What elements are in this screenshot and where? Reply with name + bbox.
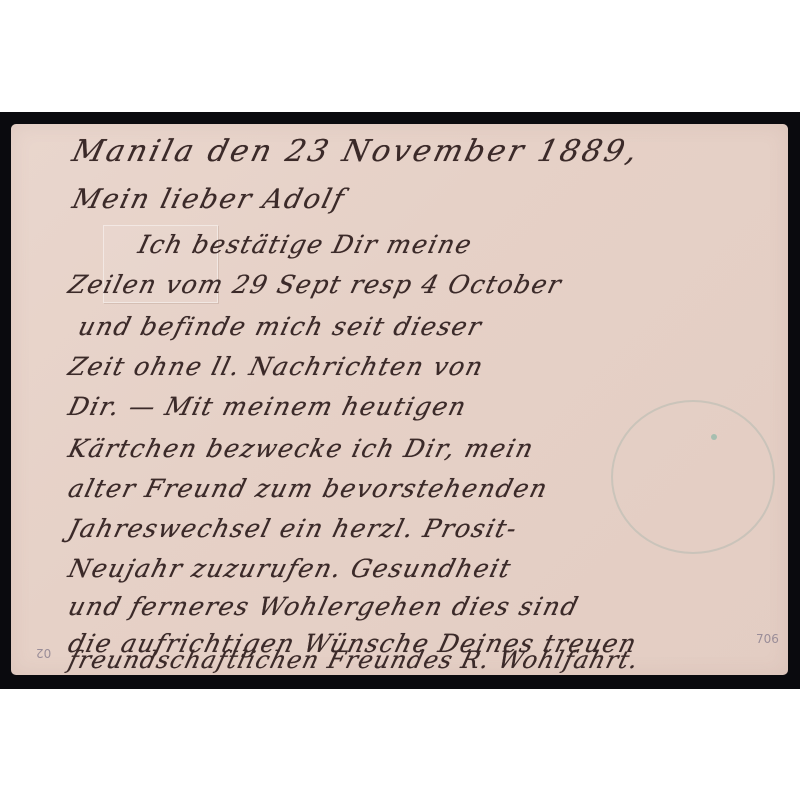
body-line: Neujahr zuzurufen. Gesundheit: [65, 554, 515, 583]
body-line: alter Freund zum bevorstehenden: [65, 474, 551, 503]
body-line: Ich bestätige Dir meine: [135, 230, 475, 259]
body-line: Dir. — Mit meinem heutigen: [65, 392, 470, 421]
body-line: und befinde mich seit dieser: [75, 312, 485, 341]
body-line: Zeit ohne ll. Nachrichten von: [65, 352, 487, 381]
body-line: Jahreswechsel ein herzl. Prosit-: [65, 514, 521, 543]
body-line: Zeilen vom 29 Sept resp 4 October: [65, 270, 565, 299]
body-line: und ferneres Wohlergehen dies sind: [65, 592, 582, 621]
closing-line: freundschaftlichen Freundes R. Wohlfahrt…: [66, 646, 643, 674]
pencil-note-706: 706: [756, 632, 779, 646]
postcard: Manila den 23 November 1889, Mein lieber…: [11, 124, 788, 675]
faint-postmark: [611, 400, 775, 554]
salutation-line: Mein lieber Adolf: [69, 184, 349, 215]
body-line: Kärtchen bezwecke ich Dir, mein: [65, 434, 537, 463]
heading-line: Manila den 23 November 1889,: [69, 134, 644, 169]
ink-spot: [711, 434, 717, 440]
pencil-note-02: 02: [36, 646, 51, 660]
